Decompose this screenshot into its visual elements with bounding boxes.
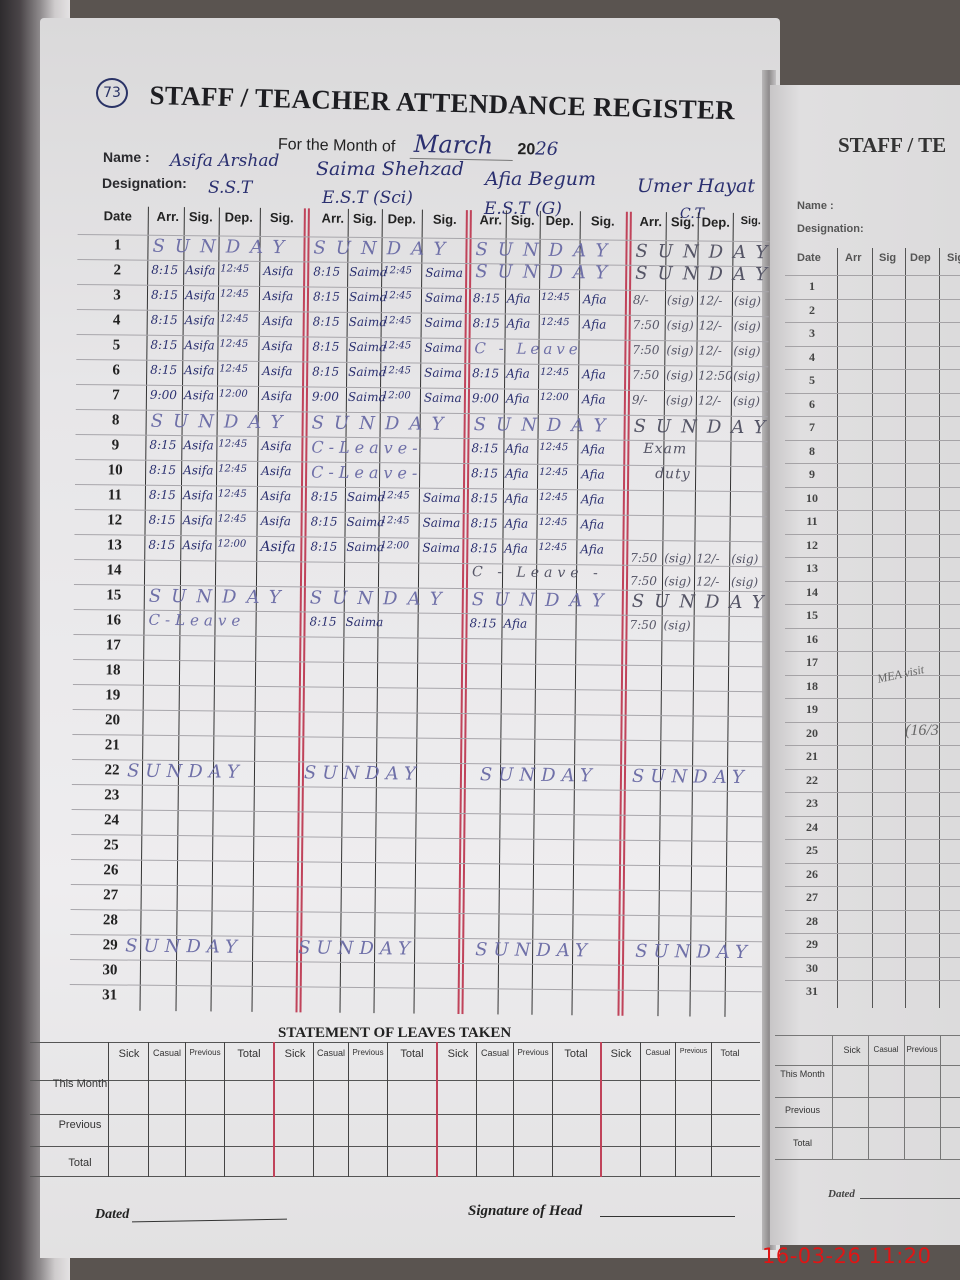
departure-time: 12:45 bbox=[539, 517, 568, 528]
right-dep-header: Dep bbox=[910, 252, 931, 264]
leaves-line bbox=[711, 1042, 712, 1177]
right-row: 8 bbox=[785, 440, 960, 464]
date-cell: 17 bbox=[797, 655, 827, 670]
arrival-time: 8/- bbox=[633, 293, 649, 307]
departure-time: 12:45 bbox=[383, 265, 412, 276]
arrival-time: 8:15 bbox=[313, 289, 340, 303]
right-previous-header: Previous bbox=[905, 1045, 939, 1054]
signature: Asifa bbox=[185, 288, 215, 302]
date-cell: 28 bbox=[90, 912, 130, 929]
date-cell: 24 bbox=[91, 812, 131, 829]
right-arr-header: Arr bbox=[845, 252, 862, 264]
date-cell: 1 bbox=[97, 237, 137, 254]
arrival-time: 8:15 bbox=[471, 441, 498, 455]
teacher-1-name: Asifa Arshad bbox=[170, 151, 279, 171]
right-row: 2 bbox=[785, 299, 960, 323]
departure-time: 12:45 bbox=[220, 263, 249, 274]
right-row: 7 bbox=[785, 416, 960, 440]
right-dated-line bbox=[860, 1198, 960, 1199]
date-cell: 24 bbox=[797, 820, 827, 835]
signature: Saima bbox=[347, 515, 385, 529]
right-row: 1 bbox=[785, 275, 960, 299]
departure-time: 12:45 bbox=[220, 313, 249, 324]
dated-label: Dated bbox=[95, 1207, 129, 1223]
right-page-title: STAFF / TE bbox=[838, 133, 946, 158]
teacher-3-name: Afia Begum bbox=[485, 168, 596, 190]
sunday-note: SUNDAY bbox=[127, 761, 245, 783]
t1-sig2-header: Sig. bbox=[263, 210, 301, 225]
sunday-note: SUNDAY bbox=[632, 591, 774, 613]
date-cell: 6 bbox=[797, 397, 827, 412]
date-cell: 5 bbox=[797, 373, 827, 388]
leaves-total-header: Total bbox=[230, 1048, 268, 1060]
date-cell: 25 bbox=[797, 843, 827, 858]
right-row: 31 bbox=[785, 980, 960, 1004]
date-cell: 15 bbox=[797, 608, 827, 623]
arrival-time: 8:15 bbox=[151, 313, 178, 327]
sunday-note: SUNDAY bbox=[125, 936, 243, 958]
signature: Asifa bbox=[182, 538, 212, 552]
right-name-label: Name : bbox=[797, 200, 834, 212]
teacher-4-name: Umer Hayat bbox=[637, 175, 755, 197]
departure-time: 12:50 bbox=[698, 369, 733, 383]
departure-time: 12:45 bbox=[539, 467, 568, 478]
date-cell: 11 bbox=[797, 514, 827, 529]
signature: Asifa bbox=[263, 264, 293, 278]
month-label: For the Month of bbox=[278, 136, 396, 155]
departure-time: 12:00 bbox=[382, 390, 411, 401]
arrival-time: 9/- bbox=[632, 393, 648, 407]
signature: Afia bbox=[507, 291, 531, 305]
signature: Asifa bbox=[183, 463, 213, 477]
arrival-time: 7:50 bbox=[630, 574, 657, 588]
signature: (sig) bbox=[734, 319, 761, 333]
signature: Afia bbox=[504, 541, 528, 555]
date-cell: 19 bbox=[93, 687, 133, 704]
signature: (sig) bbox=[667, 318, 694, 332]
right-row-this-month: This Month bbox=[775, 1069, 830, 1079]
date-cell: 2 bbox=[97, 262, 137, 279]
leaves-total-header: Total bbox=[392, 1048, 432, 1060]
arrival-time: 8:15 bbox=[148, 538, 175, 552]
leaves-row-line bbox=[30, 1114, 760, 1115]
date-cell: 18 bbox=[93, 662, 133, 679]
departure-time: 12:45 bbox=[219, 338, 248, 349]
sunday-note: SUNDAY bbox=[635, 263, 777, 285]
date-cell: 29 bbox=[797, 937, 827, 952]
right-row: 14 bbox=[785, 581, 960, 605]
date-cell: 3 bbox=[97, 287, 137, 304]
arrival-time: 7:50 bbox=[629, 618, 656, 632]
t3-dep-header: Dep. bbox=[542, 213, 578, 228]
leaves-casual-header: Casual bbox=[478, 1048, 512, 1058]
departure-time: 12/- bbox=[696, 574, 720, 588]
signature: Afia bbox=[583, 292, 607, 306]
signature: Saima bbox=[422, 541, 460, 555]
leave-note: C - Leave - bbox=[472, 564, 603, 581]
signature: (sig) bbox=[666, 393, 693, 407]
date-cell: 18 bbox=[797, 679, 827, 694]
exam-duty-note: duty bbox=[655, 466, 691, 482]
leaves-casual-header: Casual bbox=[642, 1048, 674, 1057]
date-cell: 16 bbox=[797, 632, 827, 647]
sunday-note: SUNDAY bbox=[635, 941, 753, 963]
date-cell: 10 bbox=[797, 491, 827, 506]
leaves-total-header: Total bbox=[713, 1048, 747, 1058]
date-cell: 31 bbox=[90, 987, 130, 1004]
arrival-time: 8:15 bbox=[313, 314, 340, 328]
signature: Saima bbox=[425, 316, 463, 330]
signature-line bbox=[600, 1216, 735, 1217]
signature: Saima bbox=[349, 315, 387, 329]
leaves-sick-header: Sick bbox=[441, 1048, 475, 1060]
right-row: 23 bbox=[785, 792, 960, 816]
signature: Afia bbox=[506, 366, 530, 380]
right-row: 25 bbox=[785, 839, 960, 863]
signature: (sig) bbox=[667, 293, 694, 307]
right-row: 4 bbox=[785, 346, 960, 370]
date-cell: 3 bbox=[797, 326, 827, 341]
date-cell: 11 bbox=[95, 487, 135, 504]
departure-time: 12:45 bbox=[218, 463, 247, 474]
departure-time: 12:45 bbox=[381, 515, 410, 526]
signature: Asifa bbox=[261, 514, 291, 528]
right-row: 6 bbox=[785, 393, 960, 417]
date-cell: 14 bbox=[797, 585, 827, 600]
date-cell: 28 bbox=[797, 914, 827, 929]
leaves-row-line bbox=[30, 1146, 760, 1147]
leave-note: C-Leave- bbox=[311, 437, 422, 457]
leaves-line bbox=[185, 1042, 186, 1177]
month-line: For the Month of March 2026 bbox=[278, 127, 559, 161]
leaves-divider bbox=[273, 1042, 275, 1177]
signature: Saima bbox=[346, 540, 384, 554]
arrival-time: 7:50 bbox=[630, 551, 657, 565]
arrival-time: 8:15 bbox=[312, 364, 339, 378]
departure-time: 12:45 bbox=[541, 317, 570, 328]
leaves-table: This Month Previous Total Sick Casual Pr… bbox=[30, 1042, 760, 1177]
signature: (sig) bbox=[664, 551, 691, 565]
date-cell: 16 bbox=[93, 612, 133, 629]
camera-timestamp: 16-03-26 11:20 bbox=[762, 1244, 932, 1268]
sunday-note: SUNDAY bbox=[313, 237, 455, 259]
right-sick-header: Sick bbox=[837, 1045, 867, 1055]
signature: (sig) bbox=[731, 552, 758, 566]
t2-dep-header: Dep. bbox=[384, 211, 420, 226]
signature: Afia bbox=[583, 317, 607, 331]
right-row-previous: Previous bbox=[775, 1105, 830, 1115]
arrival-time: 8:15 bbox=[471, 491, 498, 505]
sunday-note: SUNDAY bbox=[475, 939, 593, 961]
date-cell: 4 bbox=[97, 312, 137, 329]
date-cell: 20 bbox=[92, 712, 132, 729]
right-row-total: Total bbox=[775, 1138, 830, 1148]
leaves-line bbox=[476, 1042, 477, 1177]
signature: Saima bbox=[348, 390, 386, 404]
right-casual-header: Casual bbox=[869, 1045, 903, 1054]
departure-time: 12:45 bbox=[382, 340, 411, 351]
date-cell: 19 bbox=[797, 702, 827, 717]
arrival-time: 8:15 bbox=[471, 466, 498, 480]
right-row: 15 bbox=[785, 604, 960, 628]
sunday-note: SUNDAY bbox=[634, 416, 776, 438]
date-cell: 1 bbox=[797, 279, 827, 294]
right-date-header: Date bbox=[797, 252, 821, 264]
departure-time: 12:45 bbox=[218, 438, 247, 449]
signature-of-head-label: Signature of Head bbox=[468, 1203, 582, 1220]
leaves-total-header: Total bbox=[556, 1048, 596, 1060]
signature: Asifa bbox=[261, 464, 291, 478]
signature: Afia bbox=[581, 467, 605, 481]
signature: Asifa bbox=[261, 439, 291, 453]
mea-visit-date-note: (16/3 bbox=[905, 722, 939, 740]
date-cell: 21 bbox=[92, 737, 132, 754]
arrival-time: 8:15 bbox=[149, 513, 176, 527]
attendance-grid: Date Arr. Sig. Dep. Sig. Arr. Sig. Dep. … bbox=[69, 198, 769, 1017]
signature: Afia bbox=[503, 616, 527, 630]
signature: Asifa bbox=[183, 513, 213, 527]
sunday-note: SUNDAY bbox=[312, 412, 454, 434]
arrival-time: 8:15 bbox=[471, 516, 498, 530]
departure-time: 12:00 bbox=[219, 388, 248, 399]
signature: Afia bbox=[582, 367, 606, 381]
date-cell: 20 bbox=[797, 726, 827, 741]
year-suffix: 26 bbox=[535, 138, 558, 159]
departure-time: 12:00 bbox=[380, 540, 409, 551]
sunday-note: SUNDAY bbox=[632, 766, 750, 788]
arrival-time: 7:50 bbox=[632, 368, 659, 382]
departure-time: 12:45 bbox=[219, 363, 248, 374]
arrival-time: 8:15 bbox=[150, 363, 177, 377]
sunday-note: SUNDAY bbox=[151, 411, 293, 433]
leaves-sick-header: Sick bbox=[278, 1048, 312, 1060]
arrival-time: 8:15 bbox=[472, 366, 499, 380]
register-number: 73 bbox=[96, 78, 128, 108]
signature: (sig) bbox=[733, 394, 760, 408]
signature: Saima bbox=[425, 266, 463, 280]
right-row: 30 bbox=[785, 957, 960, 981]
arrival-time: 8:15 bbox=[311, 489, 338, 503]
t4-sig2-header: Sig. bbox=[736, 215, 766, 227]
right-row: 21 bbox=[785, 745, 960, 769]
leaves-line bbox=[148, 1042, 149, 1177]
signature: Afia bbox=[580, 542, 604, 556]
sunday-note: SUNDAY bbox=[298, 937, 416, 959]
date-cell: 5 bbox=[96, 337, 136, 354]
sunday-note: SUNDAY bbox=[474, 414, 616, 436]
sunday-note: SUNDAY bbox=[472, 589, 614, 611]
leaves-line bbox=[832, 1035, 833, 1160]
signature: Saima bbox=[424, 341, 462, 355]
date-cell: 4 bbox=[797, 350, 827, 365]
leaves-sick-header: Sick bbox=[604, 1048, 638, 1060]
exam-duty-note: Exam bbox=[643, 441, 687, 457]
date-cell: 25 bbox=[91, 837, 131, 854]
signature: Afia bbox=[581, 517, 605, 531]
leaves-line bbox=[387, 1042, 388, 1177]
right-row: 28 bbox=[785, 910, 960, 934]
signature: Saima bbox=[423, 516, 461, 530]
sunday-note: SUNDAY bbox=[304, 762, 422, 784]
departure-time: 12:45 bbox=[220, 288, 249, 299]
departure-time: 12:45 bbox=[539, 492, 568, 503]
designation-label: Designation: bbox=[102, 175, 187, 191]
date-cell: 12 bbox=[797, 538, 827, 553]
leaves-title: STATEMENT OF LEAVES TAKEN bbox=[278, 1025, 511, 1042]
sunday-note: SUNDAY bbox=[635, 241, 777, 263]
signature: Saima bbox=[348, 365, 386, 379]
arrival-time: 7:50 bbox=[632, 343, 659, 357]
signature: Asifa bbox=[262, 339, 292, 353]
departure-time: 12:00 bbox=[217, 538, 246, 549]
right-row: 9 bbox=[785, 463, 960, 487]
arrival-time: 7:50 bbox=[633, 318, 660, 332]
signature: (sig) bbox=[666, 343, 693, 357]
leaves-sick-header: Sick bbox=[112, 1048, 146, 1060]
signature: Asifa bbox=[260, 539, 295, 555]
month-value: March bbox=[410, 130, 514, 161]
sunday-note: SUNDAY bbox=[149, 586, 291, 608]
signature: Afia bbox=[581, 492, 605, 506]
right-row: 24 bbox=[785, 816, 960, 840]
signature: Afia bbox=[507, 316, 531, 330]
date-cell: 13 bbox=[94, 537, 134, 554]
departure-time: 12/- bbox=[698, 394, 722, 408]
leaves-line bbox=[552, 1042, 553, 1177]
right-row: 26 bbox=[785, 863, 960, 887]
right-row: 29 bbox=[785, 933, 960, 957]
t4-sig-header: Sig. bbox=[668, 214, 698, 229]
leaves-line bbox=[108, 1042, 109, 1177]
sunday-note: SUNDAY bbox=[152, 236, 294, 258]
arrival-time: 8:15 bbox=[311, 514, 338, 528]
signature: Afia bbox=[505, 466, 529, 480]
leaves-row-total: Total bbox=[50, 1157, 110, 1169]
leaves-line bbox=[513, 1042, 514, 1177]
right-row: 13 bbox=[785, 557, 960, 581]
t2-sig-header: Sig. bbox=[350, 211, 380, 226]
signature: Asifa bbox=[185, 313, 215, 327]
date-cell: 8 bbox=[96, 412, 136, 429]
date-cell: 26 bbox=[797, 867, 827, 882]
right-sig-header: Sig bbox=[879, 252, 896, 264]
t2-sig2-header: Sig. bbox=[426, 212, 464, 227]
signature: Saima bbox=[346, 615, 384, 629]
date-cell: 9 bbox=[95, 437, 135, 454]
right-row: 11 bbox=[785, 510, 960, 534]
right-sig2-header: Sig bbox=[947, 252, 960, 264]
right-row: 22 bbox=[785, 769, 960, 793]
arrival-time: 8:15 bbox=[473, 316, 500, 330]
leaves-line bbox=[940, 1035, 941, 1160]
t2-arr-header: Arr. bbox=[316, 210, 350, 225]
date-cell: 30 bbox=[797, 961, 827, 976]
date-cell: 12 bbox=[95, 512, 135, 529]
leaves-previous-header: Previous bbox=[350, 1048, 386, 1057]
date-cell: 26 bbox=[91, 862, 131, 879]
signature: Saima bbox=[425, 291, 463, 305]
right-row: 3 bbox=[785, 322, 960, 346]
departure-time: 12:45 bbox=[538, 542, 567, 553]
sunday-note: SUNDAY bbox=[480, 764, 598, 786]
leaves-line bbox=[675, 1042, 676, 1177]
date-cell: 23 bbox=[92, 787, 132, 804]
date-cell: 27 bbox=[797, 890, 827, 905]
departure-time: 12:45 bbox=[383, 290, 412, 301]
arrival-time: 8:15 bbox=[151, 288, 178, 302]
departure-time: 12:45 bbox=[218, 488, 247, 499]
date-cell: 9 bbox=[797, 467, 827, 482]
right-designation-label: Designation: bbox=[797, 223, 864, 235]
leaves-line bbox=[313, 1042, 314, 1177]
sunday-note: SUNDAY bbox=[475, 261, 617, 283]
signature: (sig) bbox=[734, 294, 761, 308]
arrival-time: 8:15 bbox=[313, 264, 340, 278]
leaves-previous-header: Previous bbox=[515, 1048, 551, 1057]
arrival-time: 8:15 bbox=[149, 438, 176, 452]
leaves-previous-header: Previous bbox=[677, 1048, 710, 1055]
date-cell: 17 bbox=[93, 637, 133, 654]
leaves-divider bbox=[600, 1042, 602, 1177]
signature: Asifa bbox=[261, 489, 291, 503]
arrival-time: 9:00 bbox=[472, 391, 499, 405]
date-cell: 31 bbox=[797, 984, 827, 999]
signature: Saima bbox=[424, 391, 462, 405]
right-dated-label: Dated bbox=[828, 1188, 855, 1200]
date-cell: 21 bbox=[797, 749, 827, 764]
signature: (sig) bbox=[733, 369, 760, 383]
leaves-line bbox=[640, 1042, 641, 1177]
leaves-divider bbox=[436, 1042, 438, 1177]
sunday-note: SUNDAY bbox=[475, 239, 617, 261]
departure-time: 12:45 bbox=[539, 442, 568, 453]
signature: Saima bbox=[347, 490, 385, 504]
arrival-time: 8:15 bbox=[473, 291, 500, 305]
date-cell: 6 bbox=[96, 362, 136, 379]
leave-note: C-Leave- bbox=[311, 462, 422, 482]
signature: Saima bbox=[424, 366, 462, 380]
date-cell: 7 bbox=[797, 420, 827, 435]
leaves-line bbox=[224, 1042, 225, 1177]
leaves-casual-header: Casual bbox=[315, 1048, 347, 1058]
right-row: 16 bbox=[785, 628, 960, 652]
t1-arr-header: Arr. bbox=[151, 209, 185, 224]
arrival-time: 8:15 bbox=[469, 616, 496, 630]
right-attendance-grid: Date Arr Sig Dep Sig 1 2 3 4 5 6 7 8 9 1… bbox=[785, 248, 960, 1008]
signature: Asifa bbox=[263, 289, 293, 303]
date-cell: 23 bbox=[797, 796, 827, 811]
right-row: 18 bbox=[785, 675, 960, 699]
signature: Asifa bbox=[184, 388, 214, 402]
right-row: 12 bbox=[785, 534, 960, 558]
departure-time: 12/- bbox=[699, 319, 723, 333]
arrival-time: 8:15 bbox=[151, 263, 178, 277]
signature: Afia bbox=[505, 516, 529, 530]
arrival-time: 8:15 bbox=[150, 338, 177, 352]
signature: Asifa bbox=[184, 338, 214, 352]
departure-time: 12:45 bbox=[383, 315, 412, 326]
signature: Saima bbox=[348, 340, 386, 354]
departure-time: 12:00 bbox=[540, 392, 569, 403]
signature: (sig) bbox=[664, 574, 691, 588]
t3-arr-header: Arr. bbox=[474, 212, 508, 227]
departure-time: 12/- bbox=[699, 294, 723, 308]
signature: (sig) bbox=[663, 618, 690, 632]
date-cell: 13 bbox=[797, 561, 827, 576]
signature: Asifa bbox=[185, 263, 215, 277]
right-row: 5 bbox=[785, 369, 960, 393]
date-cell: 7 bbox=[96, 387, 136, 404]
